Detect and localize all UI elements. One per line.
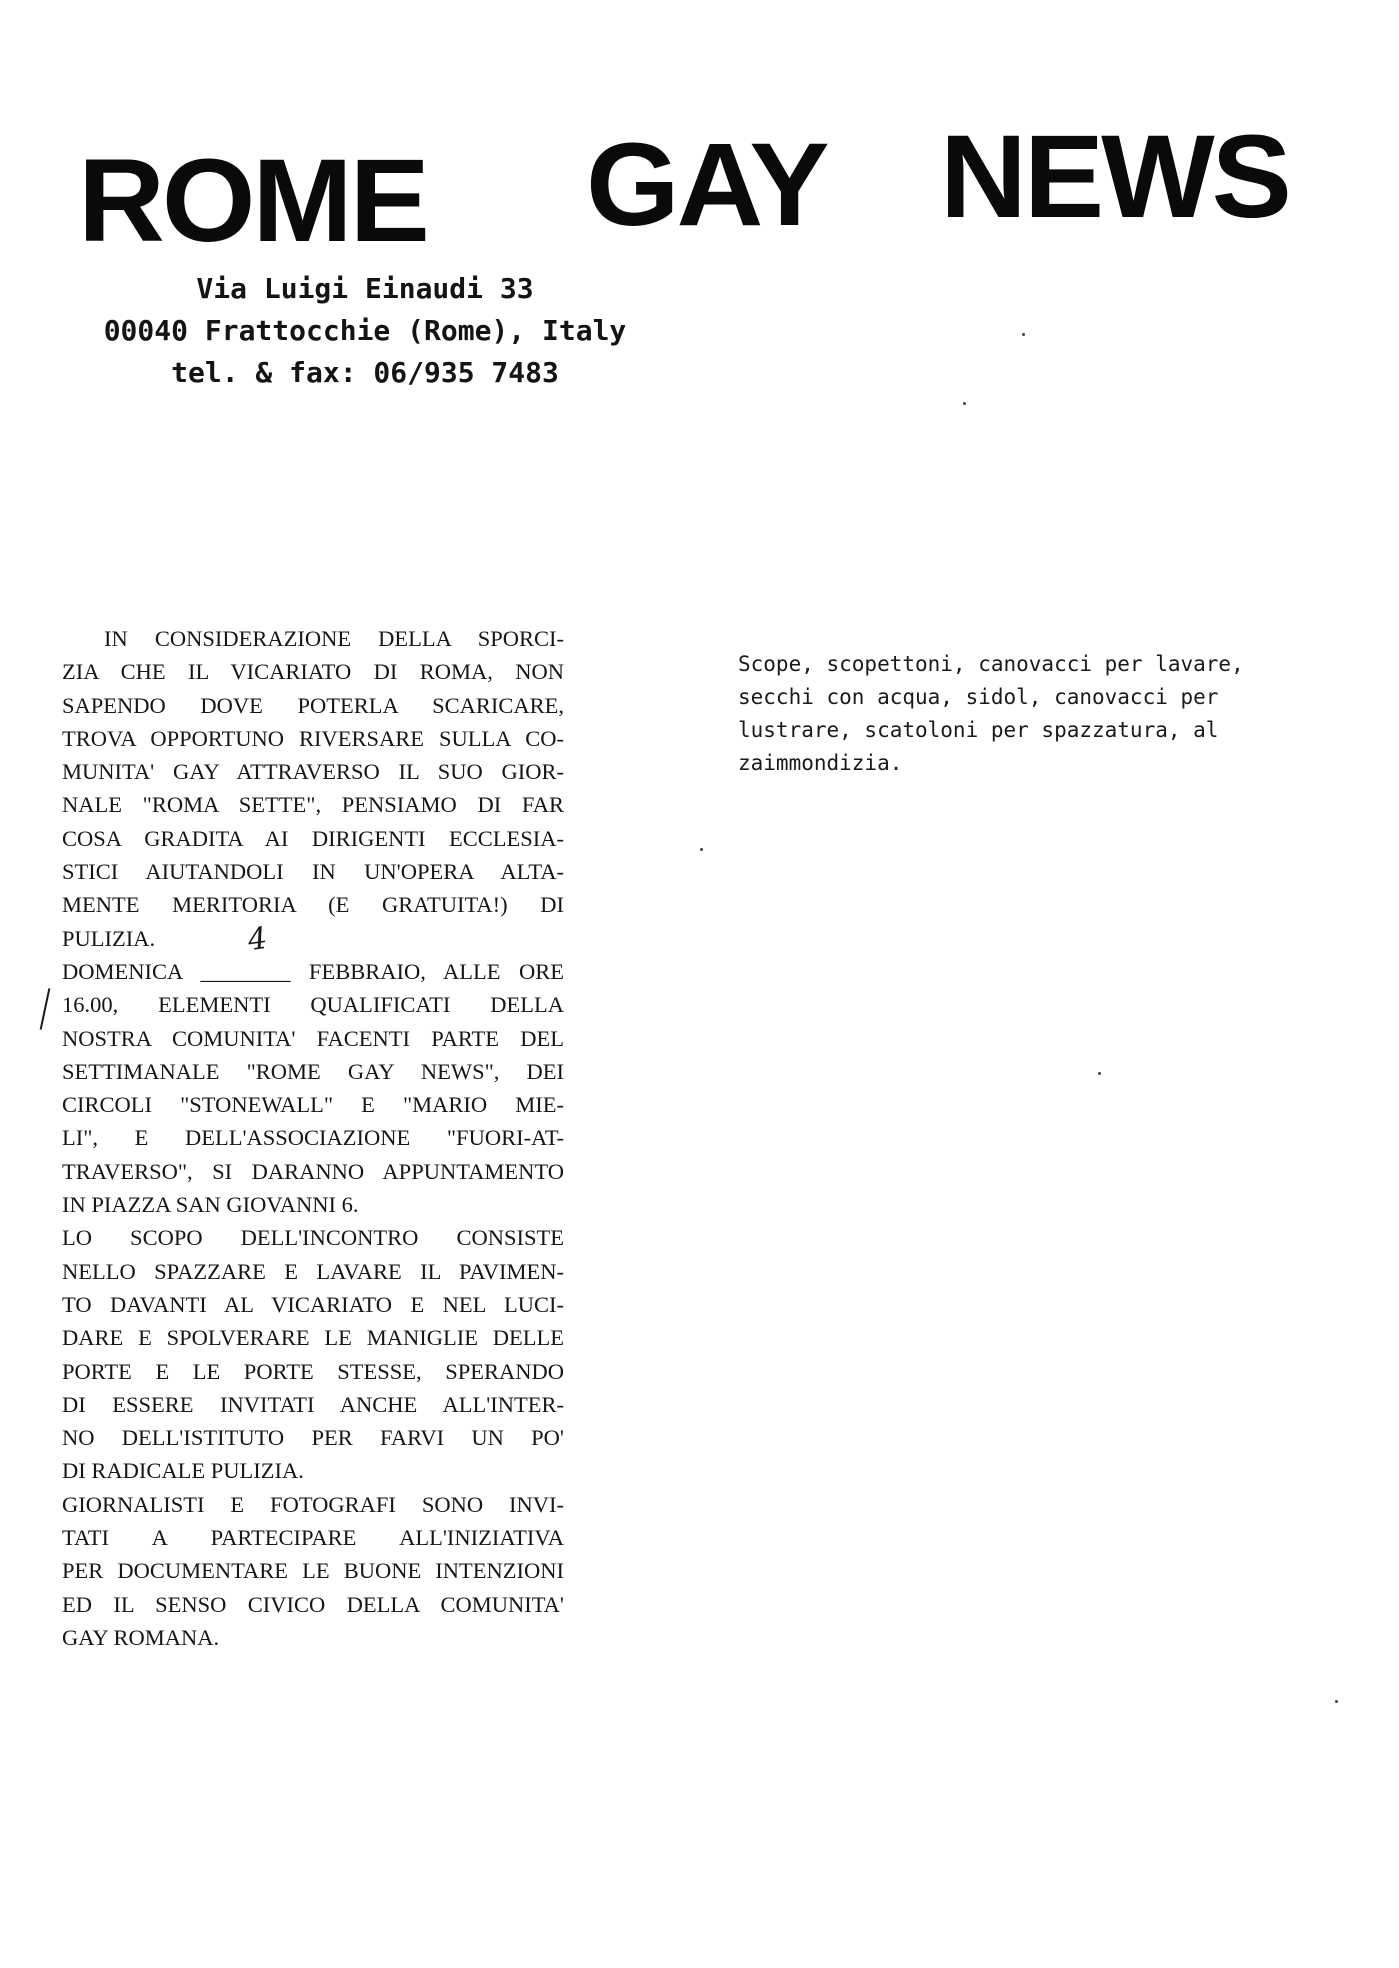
text-line: CIRCOLI "STONEWALL" E "MARIO MIE- — [62, 1088, 564, 1121]
text-line: TROVA OPPORTUNO RIVERSARE SULLA CO- — [62, 722, 564, 755]
text-line: NO DELL'ISTITUTO PER FARVI UN PO' — [62, 1421, 564, 1454]
text-line: TRAVERSO", SI DARANNO APPUNTAMENTO — [62, 1155, 564, 1188]
masthead-word-rome: ROME — [78, 142, 427, 260]
text-line: IN PIAZZA SAN GIOVANNI 6. — [62, 1188, 564, 1221]
text-line: NOSTRA COMUNITA' FACENTI PARTE DEL — [62, 1022, 564, 1055]
scan-speck — [963, 402, 966, 405]
text-line: IN CONSIDERAZIONE DELLA SPORCI- — [62, 622, 564, 655]
text-line: DI ESSERE INVITATI ANCHE ALL'INTER- — [62, 1388, 564, 1421]
text-line: ZIA CHE IL VICARIATO DI ROMA, NON — [62, 655, 564, 688]
text-line: GIORNALISTI E FOTOGRAFI SONO INVI- — [62, 1488, 564, 1521]
text-line: DI RADICALE PULIZIA. — [62, 1454, 564, 1487]
text-line: SETTIMANALE "ROME GAY NEWS", DEI — [62, 1055, 564, 1088]
text-line: STICI AIUTANDOLI IN UN'OPERA ALTA- — [62, 855, 564, 888]
text-line: PER DOCUMENTARE LE BUONE INTENZIONI — [62, 1554, 564, 1587]
text-line: DARE E SPOLVERARE LE MANIGLIE DELLE — [62, 1321, 564, 1354]
handwritten-time-correction-mark — [40, 988, 51, 1029]
text-line: SAPENDO DOVE POTERLA SCARICARE, — [62, 689, 564, 722]
text-line: ED IL SENSO CIVICO DELLA COMUNITA' — [62, 1588, 564, 1621]
text-line: LI", E DELL'ASSOCIAZIONE "FUORI-AT- — [62, 1121, 564, 1154]
supplies-line: zaimmondizia. — [738, 747, 1318, 780]
text-line: PULIZIA. — [62, 922, 564, 955]
masthead-title: ROME GAY NEWS — [78, 118, 1328, 248]
text-line: LO SCOPO DELL'INCONTRO CONSISTE — [62, 1221, 564, 1254]
supplies-line: lustrare, scatoloni per spazzatura, al — [738, 714, 1318, 747]
address-block: Via Luigi Einaudi 33 00040 Frattocchie (… — [85, 268, 645, 394]
scan-speck — [1335, 1700, 1338, 1703]
supplies-note-column: Scope, scopettoni, canovacci per lavare,… — [738, 648, 1318, 780]
text-line: PORTE E LE PORTE STESSE, SPERANDO — [62, 1355, 564, 1388]
supplies-line: secchi con acqua, sidol, canovacci per — [738, 681, 1318, 714]
text-line: NELLO SPAZZARE E LAVARE IL PAVIMEN- — [62, 1255, 564, 1288]
text-line: TATI A PARTECIPARE ALL'INIZIATIVA — [62, 1521, 564, 1554]
text-line: COSA GRADITA AI DIRIGENTI ECCLESIA- — [62, 822, 564, 855]
text-line: NALE "ROMA SETTE", PENSIAMO DI FAR — [62, 788, 564, 821]
press-release-column: IN CONSIDERAZIONE DELLA SPORCI- ZIA CHE … — [62, 622, 564, 1654]
text-line: MUNITA' GAY ATTRAVERSO IL SUO GIOR- — [62, 755, 564, 788]
text-line: TO DAVANTI AL VICARIATO E NEL LUCI- — [62, 1288, 564, 1321]
text-line: GAY ROMANA. — [62, 1621, 564, 1654]
address-street: Via Luigi Einaudi 33 — [85, 268, 645, 310]
address-city: 00040 Frattocchie (Rome), Italy — [85, 310, 645, 352]
scan-speck — [1098, 1072, 1101, 1075]
scan-speck — [1022, 333, 1025, 336]
text-line-date: DOMENICA ________ FEBBRAIO, ALLE ORE — [62, 955, 564, 988]
scan-speck — [700, 848, 703, 851]
supplies-line: Scope, scopettoni, canovacci per lavare, — [738, 648, 1318, 681]
text-line: MENTE MERITORIA (E GRATUITA!) DI — [62, 888, 564, 921]
text-line-time: 16.00, ELEMENTI QUALIFICATI DELLA — [62, 988, 564, 1021]
masthead-word-gay: GAY — [586, 126, 827, 244]
masthead-word-news: NEWS — [940, 118, 1289, 236]
address-phone-fax: tel. & fax: 06/935 7483 — [85, 352, 645, 394]
